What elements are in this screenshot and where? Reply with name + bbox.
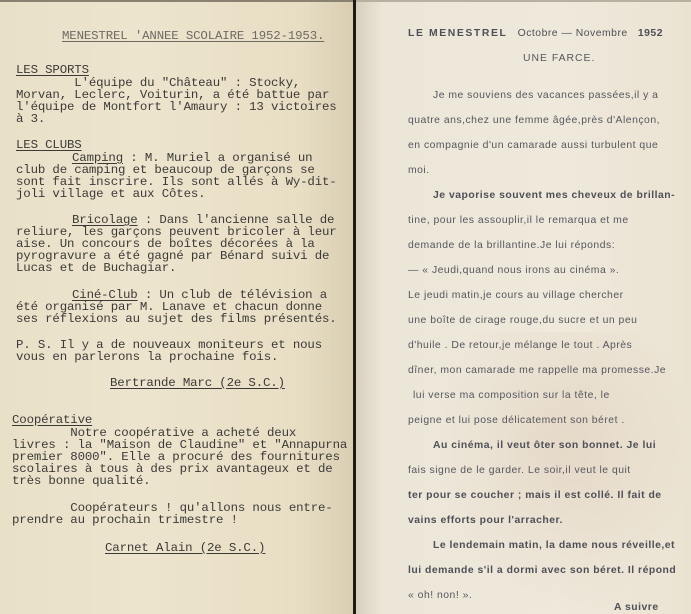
camping-line-3: joli village et aux Côtes. bbox=[16, 188, 205, 201]
cooperative-signature: Carnet Alain (2e S.C.) bbox=[105, 542, 265, 555]
story-line-15: Au cinéma, il veut ôter son bonnet. Je l… bbox=[433, 440, 656, 451]
publication-name: LE MENESTREL bbox=[408, 28, 507, 39]
story-line-18: vains efforts pour l'arracher. bbox=[408, 515, 563, 526]
to-be-continued: A suivre bbox=[614, 602, 659, 613]
story-line-4: moi. bbox=[408, 165, 430, 176]
cooperative-closing-2: prendre au prochain trimestre ! bbox=[12, 514, 238, 527]
sports-line-4: à 3. bbox=[16, 113, 45, 126]
story-line-11: d'huile . De retour,je mélange le tout .… bbox=[408, 340, 632, 351]
story-line-1: Je me souviens des vacances passées,il y… bbox=[433, 90, 658, 101]
story-line-19: Le lendemain matin, la dame nous réveill… bbox=[433, 540, 675, 551]
right-page-header: LE MENESTREL Octobre — Novembre 1952 bbox=[408, 28, 663, 39]
story-line-13: lui verse ma composition sur la tête, le bbox=[413, 390, 610, 401]
story-line-21: « oh! non! ». bbox=[408, 590, 472, 601]
story-line-10: une boîte de cirage rouge,du sucre et un… bbox=[408, 315, 637, 326]
story-line-9: Le jeudi matin,je cours au village cherc… bbox=[408, 290, 624, 301]
story-title: UNE FARCE. bbox=[523, 53, 595, 64]
story-line-7: demande de la brillantine.Je lui réponds… bbox=[408, 240, 615, 251]
story-line-6: tine, pour les assouplir,il le remarqua … bbox=[408, 215, 629, 226]
sports-heading: LES SPORTS bbox=[16, 64, 89, 77]
left-page: MENESTREL 'ANNEE SCOLAIRE 1952-1953. LES… bbox=[0, 0, 353, 614]
cooperative-line-5: très bonne qualité. bbox=[12, 475, 150, 488]
story-line-8: — « Jeudi,quand nous irons au cinéma ». bbox=[408, 265, 619, 276]
story-line-14: peigne et lui pose délicatement son bére… bbox=[408, 415, 625, 426]
story-line-16: fais signe de le garder. Le soir,il veut… bbox=[408, 465, 631, 476]
publication-period: Octobre — Novembre bbox=[518, 28, 628, 39]
cine-club-line-2: ses réflexions au sujet des films présen… bbox=[16, 313, 337, 326]
story-line-2: quatre ans,chez une femme âgée,près d'Al… bbox=[408, 115, 660, 126]
clubs-signature: Bertrande Marc (2e S.C.) bbox=[110, 377, 285, 390]
left-page-header: MENESTREL 'ANNEE SCOLAIRE 1952-1953. bbox=[62, 30, 324, 43]
publication-year: 1952 bbox=[638, 28, 663, 39]
sports-line-3: l'équipe de Montfort l'Amaury : 13 victo… bbox=[16, 101, 337, 114]
clubs-heading: LES CLUBS bbox=[16, 139, 82, 152]
cooperative-heading: Coopérative bbox=[12, 414, 92, 427]
bricolage-line-4: Lucas et de Buchagiar. bbox=[16, 262, 176, 275]
story-line-12: dîner, mon camarade me rappelle ma prome… bbox=[408, 365, 666, 376]
story-line-5: Je vaporise souvent mes cheveux de brill… bbox=[433, 190, 675, 201]
story-line-17: ter pour se coucher ; mais il est collé.… bbox=[408, 490, 662, 501]
right-page: LE MENESTREL Octobre — Novembre 1952 UNE… bbox=[356, 0, 691, 614]
story-line-3: en compagnie d'un camarade aussi turbule… bbox=[408, 140, 658, 151]
story-line-20: lui demande s'il a dormi avec son béret.… bbox=[408, 565, 676, 576]
ps-line-2: vous en parlerons la prochaine fois. bbox=[16, 351, 278, 364]
